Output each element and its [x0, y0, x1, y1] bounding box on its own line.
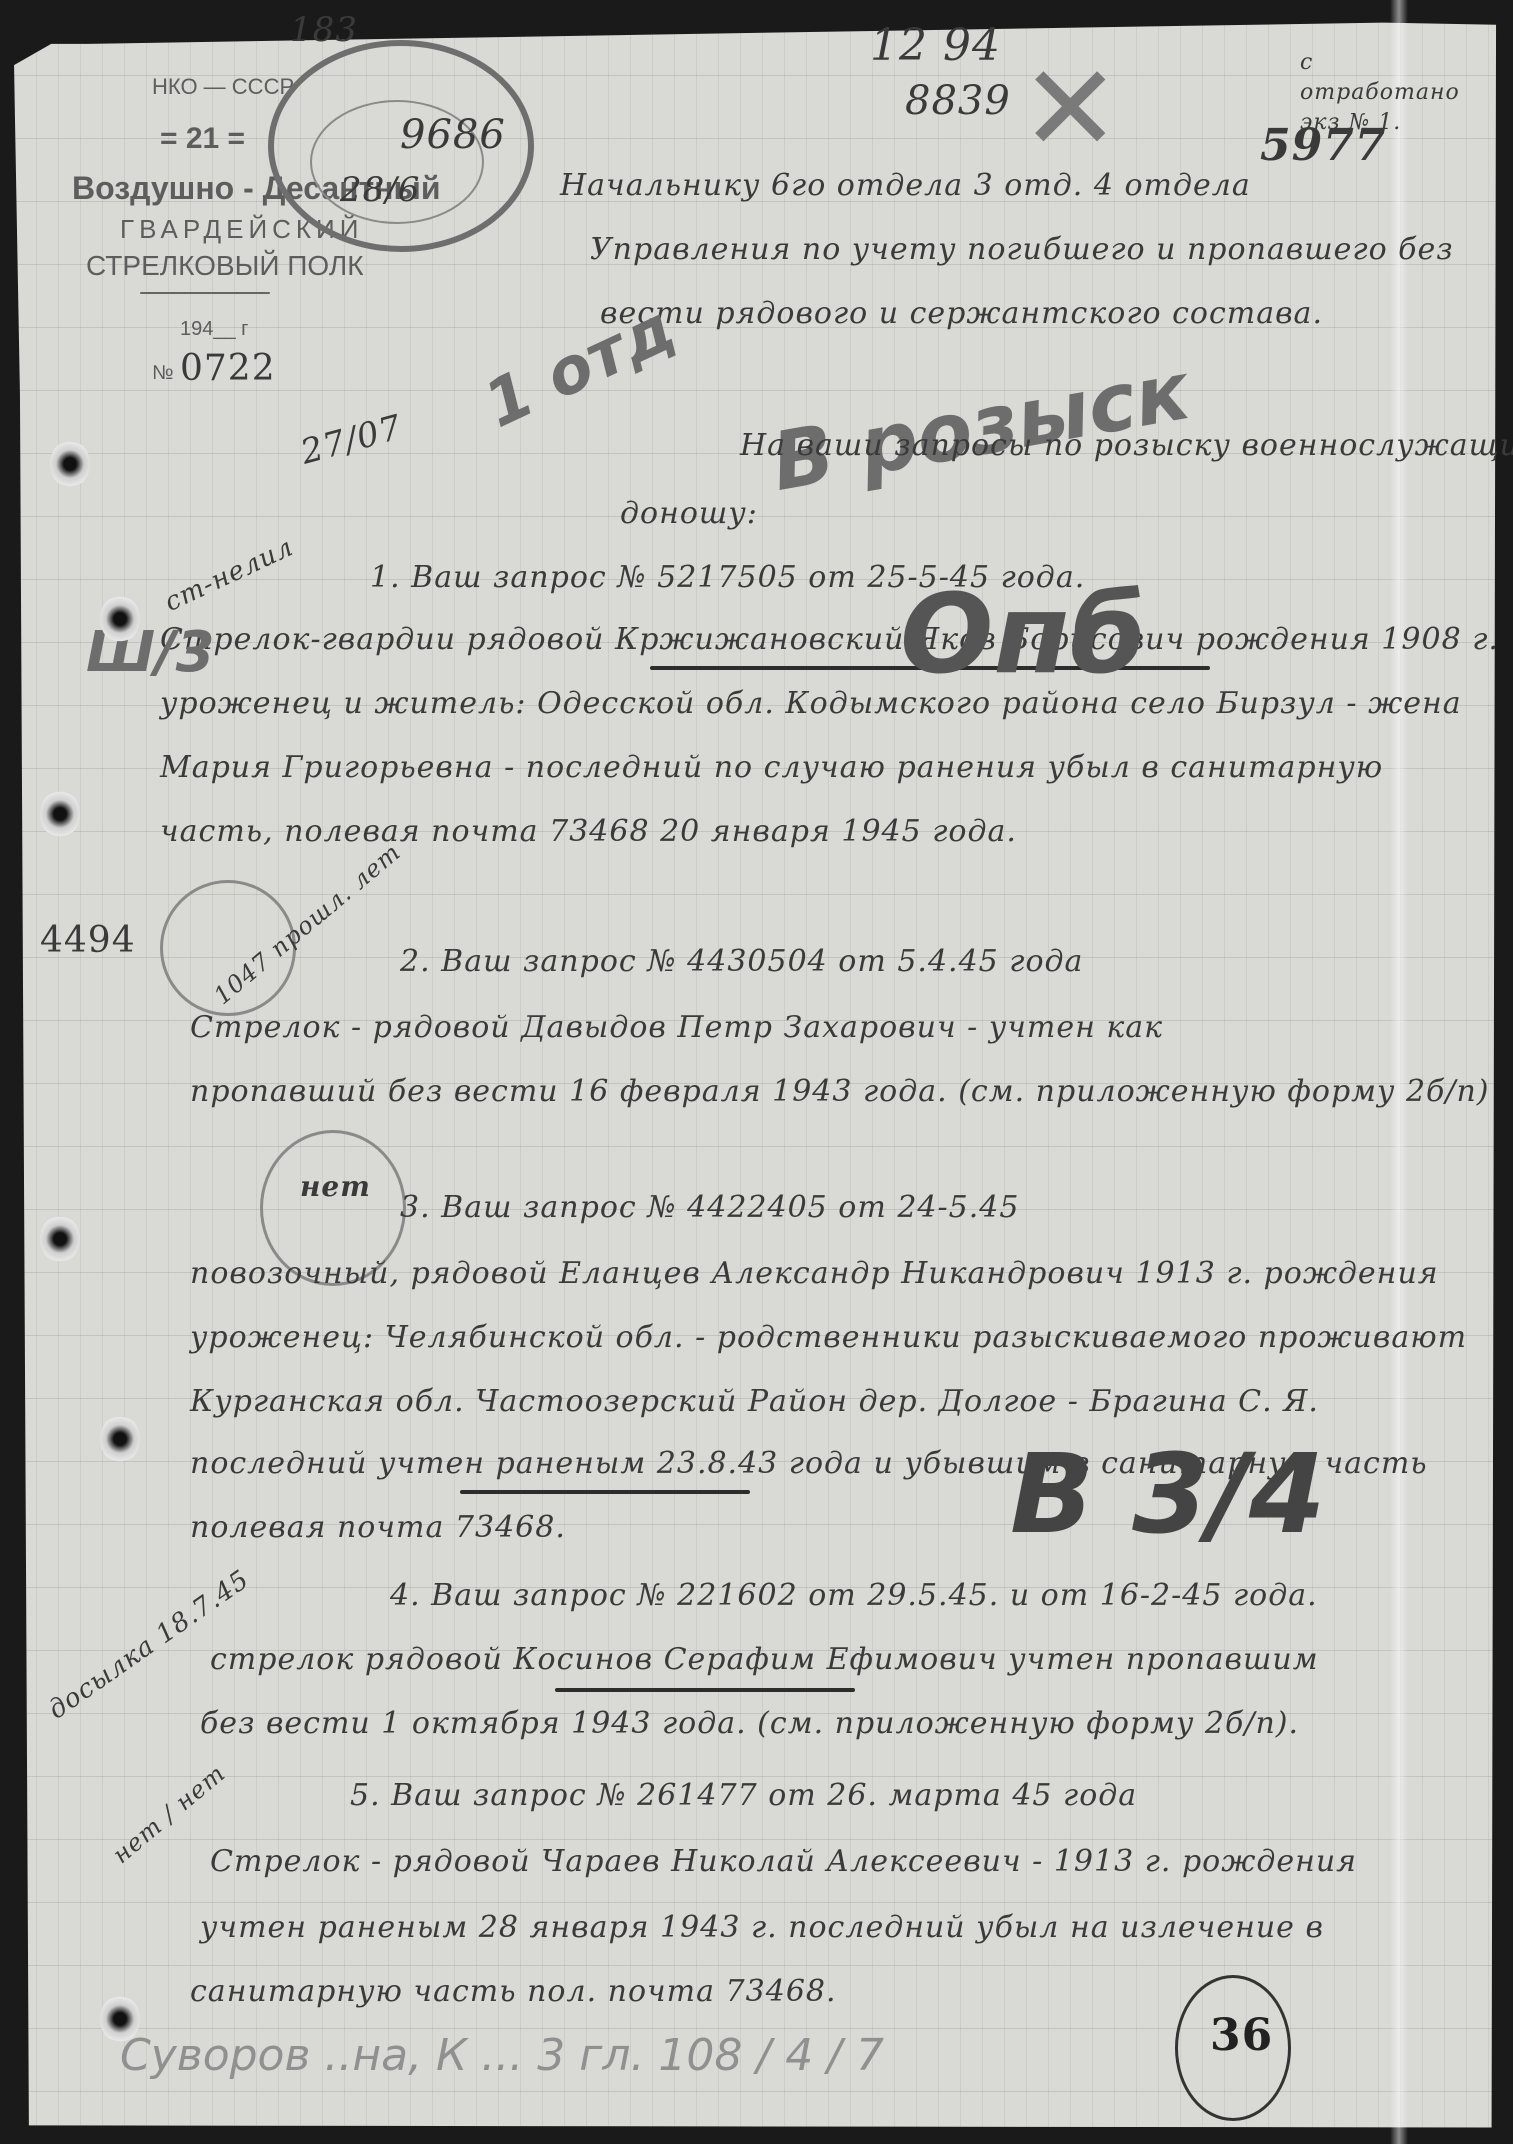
item1-line-5: часть, полевая почта 73468 20 января 194… — [160, 814, 1017, 849]
date-field: 194__ г — [180, 318, 248, 341]
intro-line-1: На ваши запросы по розыску военнослужащи… — [740, 428, 1513, 463]
item3-line-3: уроженец: Челябинской обл. - родственник… — [190, 1320, 1467, 1355]
item3-line-2: повозочный, рядовой Еланцев Александр Ни… — [190, 1256, 1439, 1291]
page-number: 36 — [1210, 2010, 1273, 2061]
addressee-line-2: Управления по учету погибшего и пропавше… — [590, 232, 1454, 267]
item1-line-2: Стрелок-гвардии рядовой Кржижановский Як… — [160, 622, 1499, 657]
ref-1294: 12 94 — [870, 20, 1001, 71]
punch-hole — [100, 1995, 140, 2043]
stamp-date: 28/6 — [340, 170, 420, 210]
letterhead-rule — [140, 292, 270, 294]
letterhead-line3: СТРЕЛКОВЫЙ ПОЛК — [86, 250, 364, 282]
number-label: № — [152, 362, 173, 385]
letterhead-org: НКО — СССР — [152, 74, 294, 100]
punch-hole — [50, 440, 90, 488]
stamp-number: 9686 — [400, 112, 506, 158]
punch-hole — [40, 790, 80, 838]
item3-line-4: Курганская обл. Частоозерский Район дер.… — [190, 1384, 1319, 1419]
punch-hole — [100, 595, 140, 643]
x-mark: ✕ — [1020, 40, 1121, 179]
addressee-line-1: Начальнику 6го отдела 3 отд. 4 отдела — [560, 168, 1251, 203]
item1-line-4: Мария Григорьевна - последний по случаю … — [160, 750, 1383, 785]
document-number: 0722 — [180, 348, 276, 389]
item5-line-3: учтен раненым 28 января 1943 г. последни… — [200, 1910, 1324, 1945]
item3-line-1: 3. Ваш запрос № 4422405 от 24-5.45 — [400, 1190, 1019, 1225]
item3-circle-note: нет — [300, 1170, 371, 1203]
item4-line-3: без вести 1 октября 1943 года. (см. прил… — [200, 1706, 1299, 1741]
item2-line-1: 2. Ваш запрос № 4430504 от 5.4.45 года — [400, 944, 1083, 979]
item3-underline — [460, 1490, 750, 1494]
ref-8839: 8839 — [905, 78, 1011, 124]
item5-line-1: 5. Ваш запрос № 261477 от 26. марта 45 г… — [350, 1778, 1137, 1813]
footer-pencil-note: Суворов ..на, К ... 3 гл. 108 / 4 / 7 — [120, 2030, 884, 2081]
item4-line-2: стрелок рядовой Косинов Серафим Ефимович… — [210, 1642, 1319, 1677]
item1-line-3: уроженец и житель: Одесской обл. Кодымск… — [160, 686, 1462, 721]
addressee-line-3: вести рядового и сержантского состава. — [600, 296, 1323, 331]
item2-line-3: пропавший без вести 16 февраля 1943 года… — [190, 1074, 1490, 1109]
punch-hole — [100, 1415, 140, 1463]
item4-line-1: 4. Ваш запрос № 221602 от 29.5.45. и от … — [390, 1578, 1318, 1613]
intro-line-2: доношу: — [620, 496, 758, 531]
ref-5977: 5977 — [1260, 120, 1386, 171]
letterhead-unit-number: = 21 = — [160, 122, 245, 156]
item3-pencil-overlay: В 3/4 — [1010, 1430, 1325, 1558]
paper-fold — [1390, 0, 1408, 2144]
item2-margin-note: 4494 — [40, 920, 136, 961]
item2-line-2: Стрелок - рядовой Давыдов Петр Захарович… — [190, 1010, 1163, 1045]
item1-pencil-overlay: Опб — [900, 570, 1146, 698]
item3-line-6: полевая почта 73468. — [190, 1510, 566, 1545]
item4-name-underline — [555, 1688, 855, 1692]
punch-hole — [40, 1215, 80, 1263]
item5-line-2: Стрелок - рядовой Чараев Николай Алексее… — [210, 1844, 1357, 1879]
ref-183: 183 — [290, 10, 358, 50]
item5-line-4: санитарную часть пол. почта 73468. — [190, 1974, 837, 2009]
